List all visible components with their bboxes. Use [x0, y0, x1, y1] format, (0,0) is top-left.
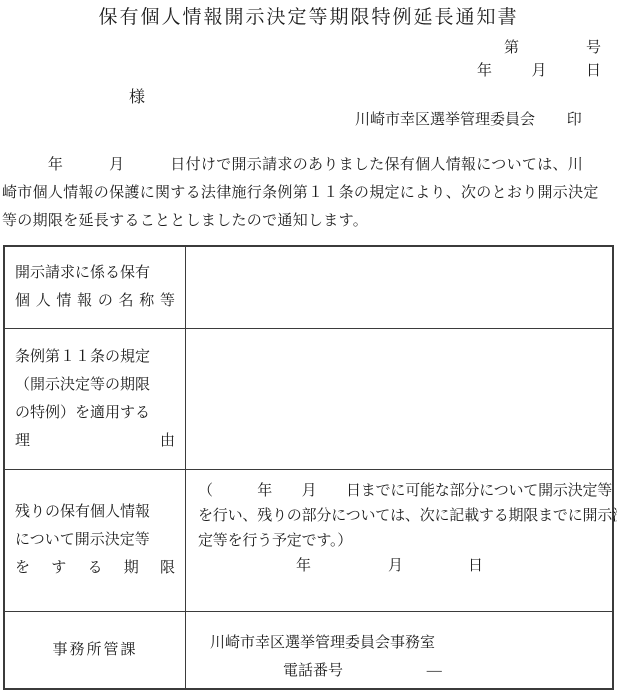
body-line-1: 年 月 日付けで開示請求のありました保有個人情報については、川 [2, 151, 616, 179]
table-row-deadline: 残りの保有個人情報 について開示決定等 をする期限 （ 年 月 日までに可能な部… [4, 469, 613, 611]
row1-value-cell [186, 246, 614, 328]
row3-header-line-1: 残りの保有個人情報 [15, 498, 175, 526]
row3-header-line-3: をする期限 [15, 554, 175, 582]
doc-number-prefix: 第 [504, 36, 519, 57]
row2-value-cell [186, 328, 614, 469]
body-line-3: 等の期限を延長することとしましたので通知します。 [2, 207, 616, 235]
form-table: 開示請求に係る保有 個人情報の名称等 条例第１１条の規定 （開示決定等の期限 の… [3, 245, 614, 690]
office-info: 川崎市幸区選挙管理委員会事務室 電話番号 ― [186, 612, 612, 685]
deadline-year-label: 年 [296, 554, 311, 579]
deadline-note-line-3: 定等を行う予定です。） [198, 529, 602, 554]
doc-number-suffix: 号 [586, 36, 601, 57]
row1-header-line-2: 個人情報の名称等 [15, 287, 175, 315]
phone-line: 電話番号 ― [186, 657, 612, 685]
table-row-name: 開示請求に係る保有 個人情報の名称等 [4, 246, 613, 328]
issuer-name: 川崎市幸区選挙管理委員会 [355, 112, 535, 128]
table-row-reason: 条例第１１条の規定 （開示決定等の期限 の特例）を適用する 理由 [4, 328, 613, 469]
deadline-note: （ 年 月 日までに可能な部分について開示決定等 を行い、残りの部分については、… [186, 470, 612, 579]
phone-value-dash: ― [427, 663, 442, 679]
doc-number-line: 第 号 [504, 36, 601, 57]
row2-header-line-4: 理由 [15, 427, 175, 455]
addressee-honorific: 様 [129, 84, 145, 107]
issue-date-line: 年 月 日 [477, 59, 601, 80]
row1-header-cell: 開示請求に係る保有 個人情報の名称等 [4, 246, 186, 328]
office-name: 川崎市幸区選挙管理委員会事務室 [186, 629, 612, 657]
deadline-day-label: 日 [468, 554, 483, 579]
deadline-note-line-2: を行い、残りの部分については、次に記載する期限までに開示決 [198, 504, 602, 529]
row3-value-cell: （ 年 月 日までに可能な部分について開示決定等 を行い、残りの部分については、… [186, 469, 614, 611]
row1-header-line-1: 開示請求に係る保有 [15, 259, 175, 287]
body-line-2: 崎市個人情報の保護に関する法律施行条例第１１条の規定により、次のとおり開示決定 [2, 179, 616, 207]
row4-value-cell: 川崎市幸区選挙管理委員会事務室 電話番号 ― [186, 611, 614, 689]
deadline-note-line-1: （ 年 月 日までに可能な部分について開示決定等 [198, 479, 602, 504]
row3-header-cell: 残りの保有個人情報 について開示決定等 をする期限 [4, 469, 186, 611]
row3-header-line-2: について開示決定等 [15, 526, 175, 554]
deadline-date-line: 年 月 日 [198, 554, 602, 579]
issue-date-month-label: 月 [531, 59, 546, 80]
phone-label: 電話番号 [283, 663, 343, 679]
row2-header-line-2: （開示決定等の期限 [15, 371, 175, 399]
issue-date-year-label: 年 [477, 59, 492, 80]
issue-date-day-label: 日 [586, 59, 601, 80]
row2-header-cell: 条例第１１条の規定 （開示決定等の期限 の特例）を適用する 理由 [4, 328, 186, 469]
row2-header-line-3: の特例）を適用する [15, 399, 175, 427]
document-page: 保有個人情報開示決定等期限特例延長通知書 第 号 年 月 日 様 川崎市幸区選挙… [0, 0, 617, 691]
table-row-office: 事務所管課 川崎市幸区選挙管理委員会事務室 電話番号 ― [4, 611, 613, 689]
document-title: 保有個人情報開示決定等期限特例延長通知書 [0, 2, 617, 29]
row4-header-cell: 事務所管課 [4, 611, 186, 689]
deadline-month-label: 月 [388, 554, 403, 579]
body-paragraph: 年 月 日付けで開示請求のありました保有個人情報については、川 崎市個人情報の保… [2, 151, 616, 235]
seal-mark: 印 [567, 112, 582, 128]
issuer-line: 川崎市幸区選挙管理委員会 印 [355, 108, 582, 129]
row2-header-line-1: 条例第１１条の規定 [15, 343, 175, 371]
